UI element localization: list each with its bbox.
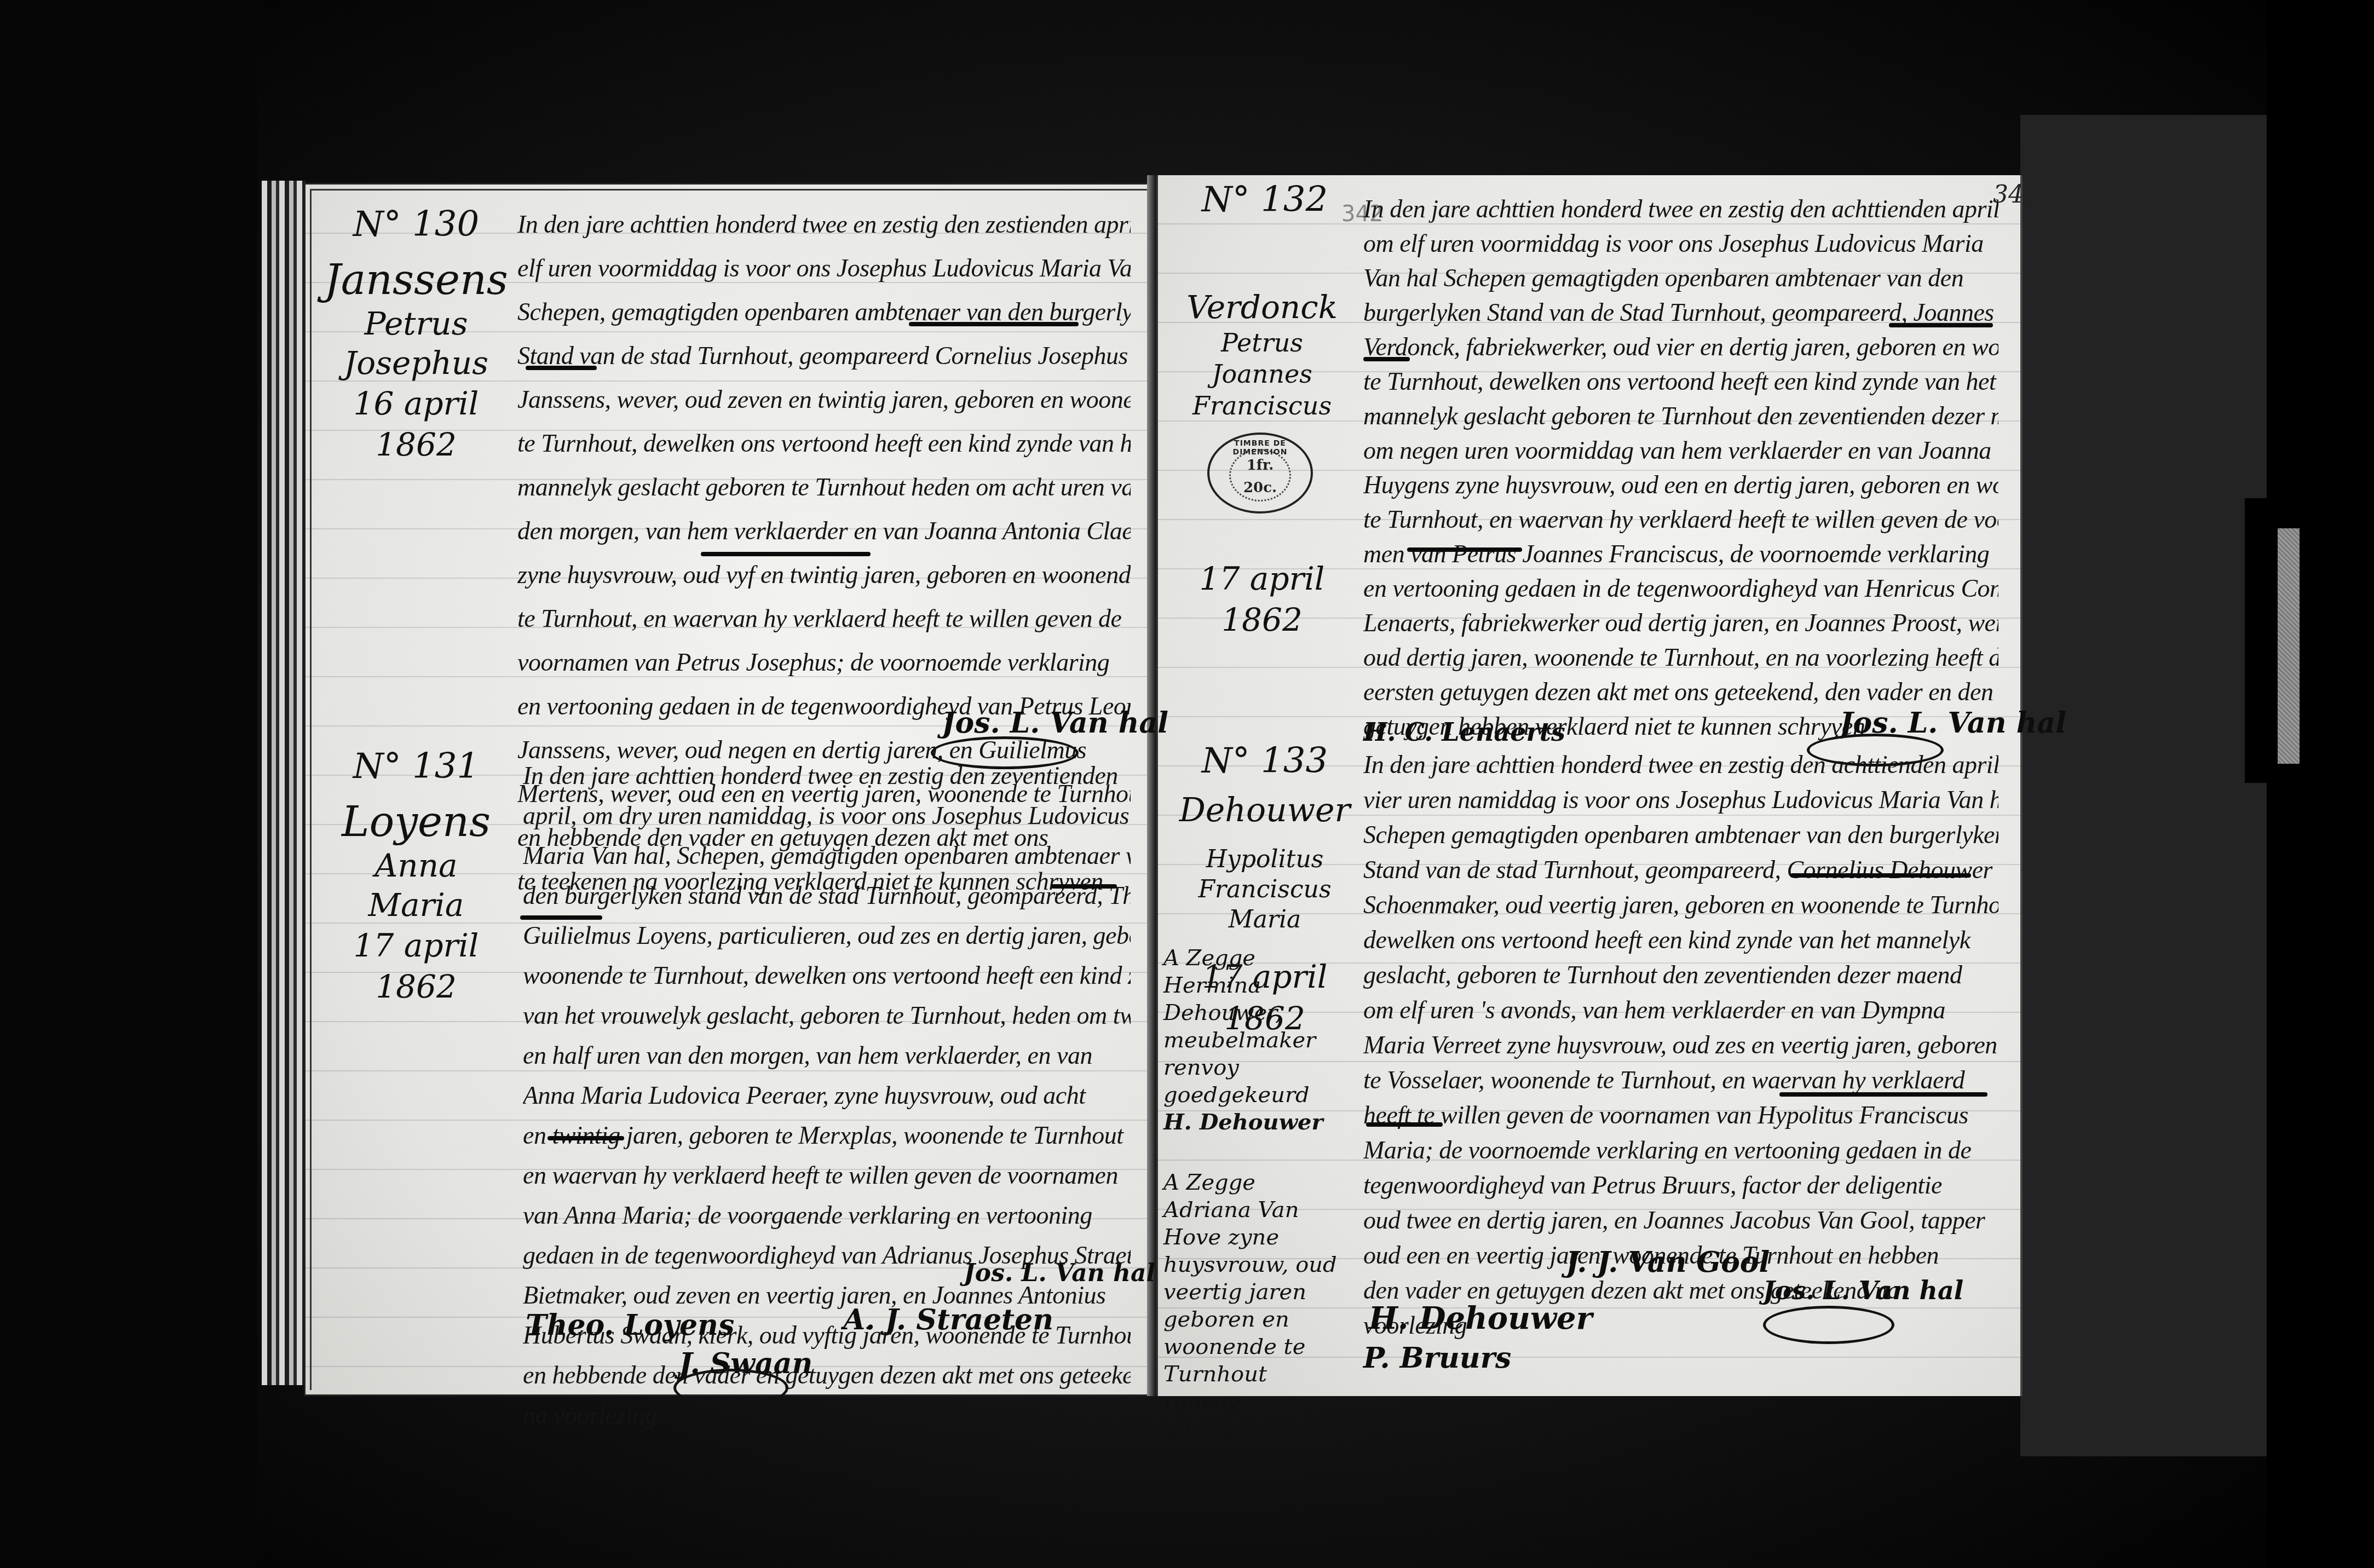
text-line: Van hal Schepen gemagtigden openbaren am… [1363, 261, 1998, 295]
text-line: oud dertig jaren, woonende te Turnhout, … [1363, 640, 1998, 675]
text-line: In den jare achttien honderd twee en zes… [517, 203, 1131, 246]
signature-witness: J. J. Van Gool [1566, 1246, 1770, 1279]
text-line: oud twee en dertig jaren, en Joannes Jac… [1363, 1203, 1998, 1238]
stamp-wreath-icon [1229, 449, 1291, 501]
entry-130-margin: N° 130 Janssens Petrus Josephus 16 april… [323, 205, 509, 466]
entry-133-margin-notes: A Zegge Hermina Dehouwer, meubelmaker re… [1163, 944, 1350, 1470]
text-line: elf uren voormiddag is voor ons Josephus… [517, 246, 1131, 290]
text-line: te Turnhout, en waervan hy verklaerd hee… [1363, 502, 1998, 537]
text-line: Maria; de voornoemde verklaring en verto… [1363, 1133, 1998, 1168]
text-line: mannelyk geslacht geboren te Turnhout he… [517, 465, 1131, 509]
signature-registrar: Jos. L. Van hal [964, 1259, 1155, 1287]
signature-flourish [673, 1369, 788, 1407]
name-underline [520, 915, 602, 920]
entry-surname: Janssens [323, 256, 509, 303]
text-line: voornamen van Petrus Josephus; de voorno… [517, 641, 1131, 684]
entry-132-date: 17 april 1862 [1172, 558, 1352, 641]
text-line: In den jare achttien honderd twee en zes… [523, 756, 1131, 795]
margin-note: A Zegge Adriana Van Hove zyne huysvrouw,… [1163, 1169, 1350, 1388]
text-line: Lenaerts, fabriekwerker oud dertig jaren… [1363, 606, 1998, 640]
name-underline [1779, 1092, 1987, 1097]
text-line: en twintig jaren, geboren te Merxplas, w… [523, 1115, 1131, 1155]
text-line: dewelken ons vertoond heeft een kind zyn… [1363, 923, 1998, 958]
page-number: 34. [1993, 181, 2031, 209]
text-line: en waervan hy verklaerd heeft te willen … [523, 1155, 1131, 1195]
text-line: vier uren namiddag is voor ons Josephus … [1363, 782, 1998, 817]
name-underline [1407, 547, 1522, 552]
entry-132-names: Verdonck Petrus Joannes Franciscus [1172, 287, 1352, 422]
entry-surname: Verdonck [1172, 287, 1352, 327]
text-line: Huygens zyne huysvrouw, oud een en derti… [1363, 468, 1998, 502]
signature-registrar: Jos. L. Van hal [1763, 1276, 1963, 1305]
entry-given-names: Hypolitus Franciscus Maria [1172, 844, 1358, 935]
text-line: Stand van de stad Turnhout, geompareerd,… [1363, 852, 1998, 887]
text-line: om elf uren voormiddag is voor ons Josep… [1363, 226, 1998, 261]
page-stack-edge [262, 181, 306, 1385]
text-line: Anna Maria Ludovica Peeraer, zyne huysvr… [523, 1075, 1131, 1115]
text-line: april, om dry uren namiddag, is voor ons… [523, 795, 1131, 835]
text-line: en vertooning gedaen in de tegenwoordigh… [1363, 571, 1998, 606]
signature-flourish [1763, 1306, 1894, 1344]
entry-number: N° 131 [323, 747, 509, 786]
entry-given-names: Petrus Josephus [323, 304, 509, 383]
entry-given-names: Anna Maria [323, 846, 509, 925]
signature-father: H. Dehouwer [1369, 1300, 1592, 1336]
book-cover-left [0, 0, 257, 1568]
entry-surname: Dehouwer [1172, 790, 1358, 831]
text-line: heeft te willen geven de voornamen van H… [1363, 1098, 1998, 1133]
entry-number: N° 133 [1172, 742, 1358, 780]
text-line: na voorlezing [523, 1395, 1131, 1435]
entry-date: 17 april 1862 [1172, 558, 1352, 641]
text-line: eersten getuygen dezen akt met ons getee… [1363, 675, 1998, 709]
text-line: van het vrouwelyk geslacht, geboren te T… [523, 995, 1131, 1035]
text-line: om elf uren 's avonds, van hem verklaerd… [1363, 993, 1998, 1028]
text-line: In den jare achttien honderd twee en zes… [1363, 747, 1998, 782]
text-line: te Turnhout, dewelken ons vertoond heeft… [517, 422, 1131, 465]
bookmark-ribbon [2278, 528, 2300, 764]
text-line: geslacht, geboren te Turnhout den zevent… [1363, 958, 1998, 993]
text-line: Verdonck, fabriekwerker, oud vier en der… [1363, 330, 1998, 364]
text-line: Guilielmus Loyens, particulieren, oud ze… [523, 915, 1131, 955]
entry-132-body: In den jare achttien honderd twee en zes… [1363, 192, 1998, 743]
margin-note: renvoy goedgekeurd [1163, 1388, 1350, 1443]
entry-number: N° 132 [1177, 181, 1352, 219]
scan-edge [2267, 0, 2374, 1568]
text-line: om negen uren voormiddag van hem verklae… [1363, 433, 1998, 468]
margin-note-signature: H. Dehouwer [1163, 1109, 1350, 1136]
name-underline [701, 552, 871, 556]
name-underline [1051, 884, 1117, 889]
text-line: van Anna Maria; de voorgaende verklaring… [523, 1195, 1131, 1235]
text-line: Maria Van hal, Schepen, gemagtigden open… [523, 835, 1131, 875]
signature-witness: H. C. Lenaerts [1363, 717, 1565, 747]
entry-surname: Loyens [323, 798, 509, 845]
book-cover-right [2020, 115, 2267, 1456]
entry-number: N° 130 [323, 205, 509, 244]
stamp-ring-text: TIMBRE DE DIMENSION [1209, 439, 1311, 457]
text-line: en hebbende den vader en getuygen dezen … [523, 1355, 1131, 1395]
text-line: te Turnhout, en waervan hy verklaerd hee… [517, 597, 1131, 641]
name-underline [548, 1136, 624, 1140]
entry-given-names: Petrus Joannes Franciscus [1172, 327, 1352, 422]
name-underline [1790, 873, 1971, 878]
text-line: mannelyk geslacht geboren te Turnhout de… [1363, 399, 1998, 433]
entry-date: 17 april 1862 [323, 925, 509, 1008]
entry-132-margin: N° 132 [1177, 181, 1352, 219]
name-underline [1363, 357, 1410, 361]
text-line: Schepen, gemagtigden openbaren ambtenaer… [517, 290, 1131, 334]
text-line: Schoenmaker, oud veertig jaren, geboren … [1363, 887, 1998, 923]
signature-registrar: Jos. L. Van hal [942, 706, 1168, 740]
text-line: Schepen gemagtigden openbaren ambtenaer … [1363, 817, 1998, 852]
text-line: Stand van de stad Turnhout, geompareerd … [517, 334, 1131, 378]
entry-date: 16 april 1862 [323, 383, 509, 466]
signature-witness: A. J. Straeten [843, 1303, 1053, 1336]
signature-father: Theo. Loyens [526, 1308, 734, 1342]
text-line: tegenwoordigheyd van Petrus Bruurs, fact… [1363, 1168, 1998, 1203]
margin-note: renvoy goedgekeurd [1163, 1054, 1350, 1109]
text-line: In den jare achttien honderd twee en zes… [1363, 192, 1998, 226]
text-line: zyne huysvrouw, oud vyf en twintig jaren… [517, 553, 1131, 597]
signature-witness: P. Bruurs [1363, 1341, 1511, 1375]
margin-note-signature: H. Dehouwer [1163, 1443, 1350, 1470]
name-underline [1889, 323, 1993, 327]
text-line: den burgerlyken stand van de stad Turnho… [523, 875, 1131, 915]
text-line: Janssens, wever, oud zeven en twintig ja… [517, 378, 1131, 422]
name-underline [526, 366, 597, 370]
name-underline [1366, 1122, 1443, 1127]
text-line: Maria Verreet zyne huysvrouw, oud zes en… [1363, 1028, 1998, 1063]
text-line: woonende te Turnhout, dewelken ons verto… [523, 955, 1131, 995]
entry-131-margin: N° 131 Loyens Anna Maria 17 april 1862 [323, 747, 509, 1008]
tax-stamp: TIMBRE DE DIMENSION 1fr. 20c. [1207, 433, 1313, 514]
text-line: en half uren van den morgen, van hem ver… [523, 1035, 1131, 1075]
name-underline [909, 322, 1079, 326]
text-line: men van Petrus Joannes Franciscus, de vo… [1363, 537, 1998, 571]
text-line: te Turnhout, dewelken ons vertoond heeft… [1363, 364, 1998, 399]
text-line: den morgen, van hem verklaerder en van J… [517, 509, 1131, 553]
margin-note: A Zegge Hermina Dehouwer, meubelmaker [1163, 944, 1350, 1054]
